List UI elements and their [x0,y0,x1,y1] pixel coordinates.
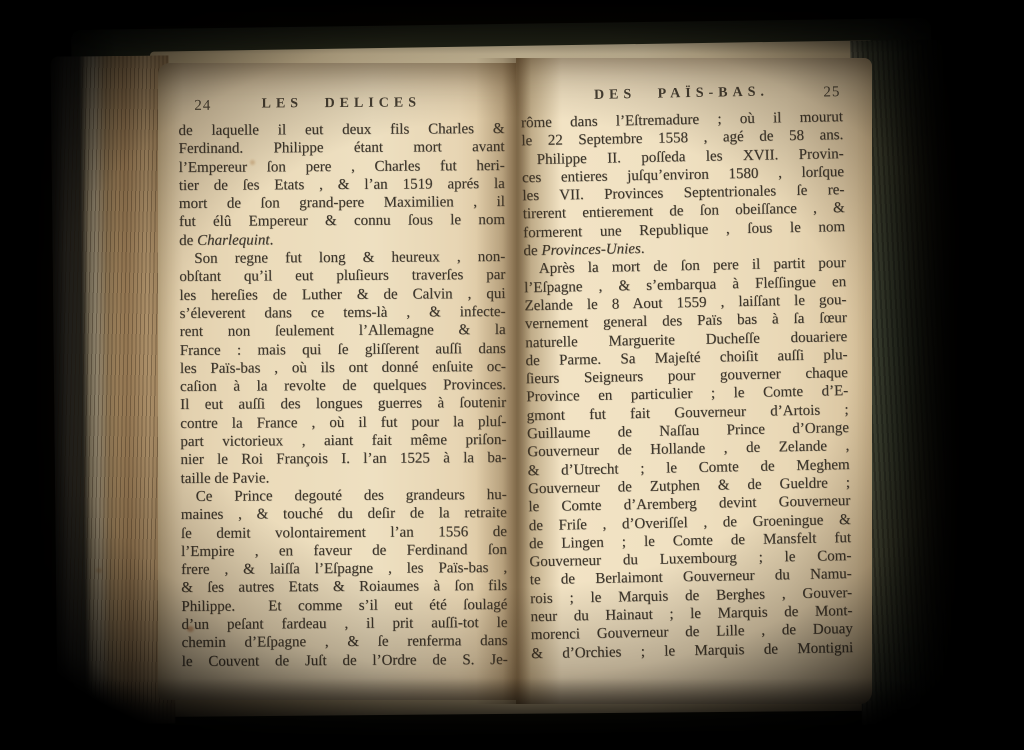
text-line: mort de ſon grand-pere Maximilien , il [179,193,505,213]
text-line: nier le Roi François I. l’an 1525 à la b… [180,449,506,469]
text-line: s’éleverent dans ce tems-là , & infecte- [180,303,506,323]
running-title-left: LES DELICES [178,95,504,113]
text-line: France : mais qui ſe gliſſerent auſſi da… [180,340,506,360]
text-line: Ferdinand. Philippe étant mort avant [179,138,505,158]
text-line: l’Empereur ſon pere , Charles fut heri- [179,157,505,177]
photo-background: 24 LES DELICES de laquelle il eut deux f… [0,0,1024,750]
text-line: maines , & touché du deſir de la retrait… [181,504,507,524]
text-line: caſion à la revolte de quelques Province… [180,376,506,396]
text-line: contre la France , où il fut pour la plu… [180,413,506,433]
page-number-left: 24 [194,98,211,115]
text-column-right: rôme dans l’Eſtremadure ; où il mourutle… [521,108,853,663]
running-title-right: DES PAÏS-BAS. [520,83,842,105]
text-line: d’un peſant fardeau , il prit auſſi-tot … [181,614,507,634]
text-line: de laquelle il eut deux fils Charles & [178,120,504,140]
page-left-content: 24 LES DELICES de laquelle il eut deux f… [156,62,518,701]
running-header-right: DES PAÏS-BAS. 25 [520,83,842,109]
text-line: part victorieux , aiant fait même priſon… [180,431,506,451]
text-line: Philippe. Et comme s’il eut été ſoulagé [181,596,507,616]
text-line: rent non ſeulement l’Allemagne & la [180,321,506,341]
page-left: 24 LES DELICES de laquelle il eut deux f… [158,63,516,700]
text-line: frere , & laiſſa l’Eſpagne , les Païs-ba… [181,559,507,579]
text-line: chemin d’Eſpagne , & ſe renferma dans [182,632,508,652]
text-line: taille de Pavie. [181,468,507,488]
page-right-content: DES PAÏS-BAS. 25 rôme dans l’Eſtremadure… [510,55,878,708]
text-line: Son regne fut long & heureux , non- [179,248,505,268]
running-header-left: 24 LES DELICES [178,95,504,117]
text-line: obſtant qu’il eut pluſieurs traverſes pa… [179,266,505,286]
open-book-spread: 24 LES DELICES de laquelle il eut deux f… [158,58,872,704]
text-line: ſe demit volontairement l’an 1556 de [181,522,507,542]
text-line: les Païs-bas , où ils ont donné enſuite … [180,358,506,378]
page-number-right: 25 [823,84,840,101]
page-right: DES PAÏS-BAS. 25 rôme dans l’Eſtremadure… [516,58,872,704]
text-line: fut élû Empereur & connu ſous le nom [179,211,505,231]
text-line: tier de ſes Etats , & l’an 1519 aprés la [179,175,505,195]
text-line: le Couvent de Juſt de l’Ordre de S. Je- [182,651,508,671]
text-line: & ſes autres Etats & Roiaumes à ſon fils [181,577,507,597]
text-column-left: de laquelle il eut deux fils Charles &Fe… [178,120,507,671]
text-line: les hereſies de Luther & de Calvin , qui [179,285,505,305]
text-line: Il eut auſſi des longues guerres à ſoute… [180,394,506,414]
text-line: de Charlequint. [179,230,505,250]
text-line: Ce Prince degouté des grandeurs hu- [181,486,507,506]
text-line: l’Empire , en faveur de Ferdinand ſon [181,541,507,561]
